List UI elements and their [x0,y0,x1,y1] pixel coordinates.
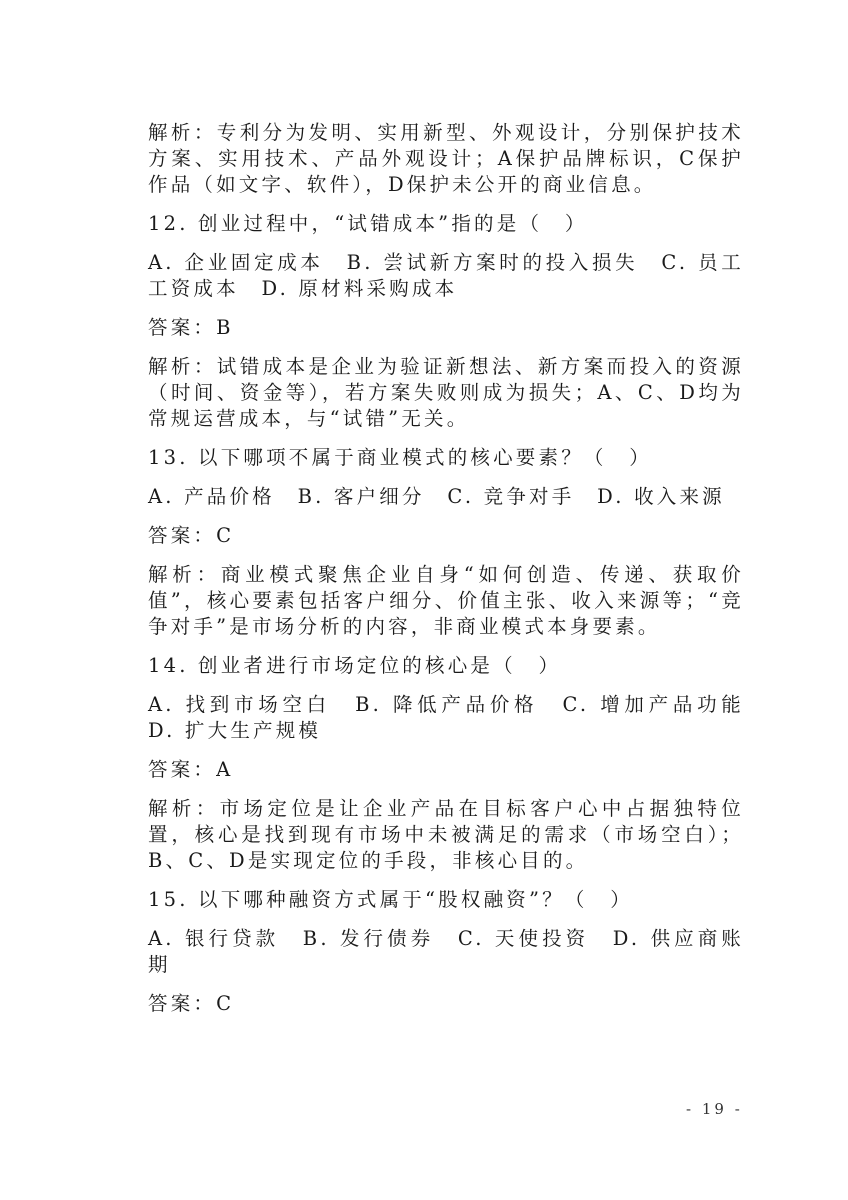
question-13-answer: 答案：C [148,523,744,549]
question-12-options: A. 企业固定成本 B. 尝试新方案时的投入损失 C. 员工工资成本 D. 原材… [148,250,744,302]
question-15-options: A. 银行贷款 B. 发行债券 C. 天使投资 D. 供应商账期 [148,926,744,978]
question-14-options: A. 找到市场空白 B. 降低产品价格 C. 增加产品功能 D. 扩大生产规模 [148,692,744,744]
question-13: 13. 以下哪项不属于商业模式的核心要素？（ ） [148,445,744,471]
question-13-explanation: 解析：商业模式聚焦企业自身“如何创造、传递、获取价值”，核心要素包括客户细分、价… [148,562,744,640]
question-14: 14. 创业者进行市场定位的核心是（ ） [148,653,744,679]
explanation-paragraph: 解析：专利分为发明、实用新型、外观设计，分别保护技术方案、实用技术、产品外观设计… [148,120,744,198]
question-13-options: A. 产品价格 B. 客户细分 C. 竞争对手 D. 收入来源 [148,484,744,510]
question-12-answer: 答案：B [148,315,744,341]
document-page: 解析：专利分为发明、实用新型、外观设计，分别保护技术方案、实用技术、产品外观设计… [148,120,744,1030]
question-14-explanation: 解析：市场定位是让企业产品在目标客户心中占据独特位置，核心是找到现有市场中未被满… [148,796,744,874]
question-14-answer: 答案：A [148,757,744,783]
question-12: 12. 创业过程中，“试错成本”指的是（ ） [148,211,744,237]
question-15-answer: 答案：C [148,991,744,1017]
page-number: - 19 - [686,1100,743,1118]
question-15: 15. 以下哪种融资方式属于“股权融资”？（ ） [148,887,744,913]
question-12-explanation: 解析：试错成本是企业为验证新想法、新方案而投入的资源（时间、资金等），若方案失败… [148,354,744,432]
